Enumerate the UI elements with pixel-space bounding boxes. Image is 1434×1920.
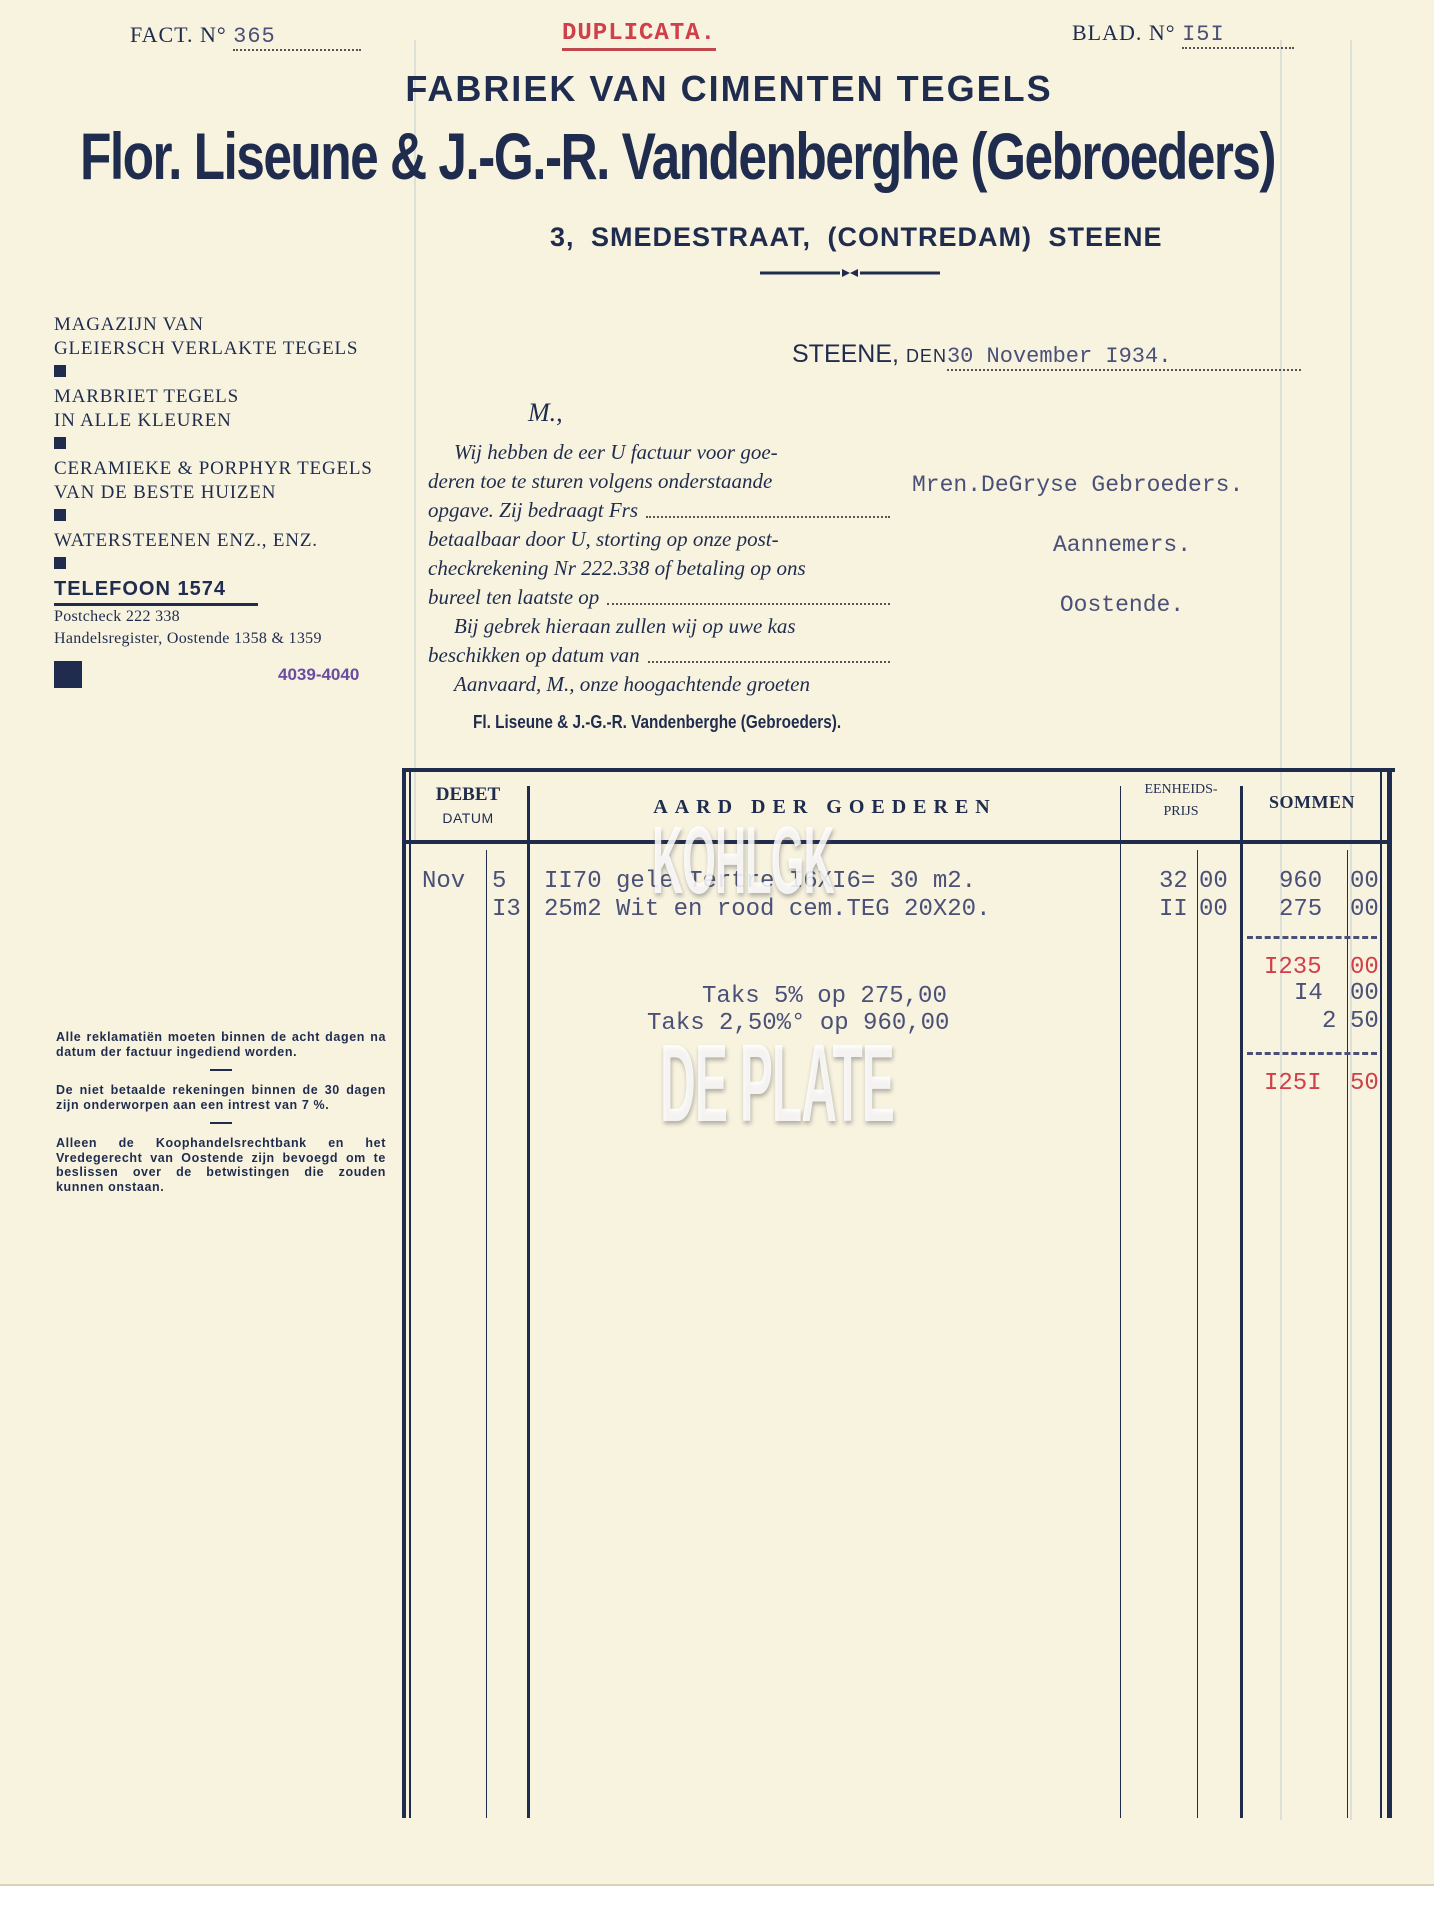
date-den: DEN (906, 346, 947, 366)
term-item: Alle reklamatiën moeten binnen de acht d… (56, 1030, 386, 1059)
total-dec: 50 (1350, 1070, 1379, 1097)
tax-int: I4 (1294, 980, 1323, 1007)
term-item: De niet betaalde rekeningen binnen de 30… (56, 1083, 386, 1112)
tax-int: 2 (1322, 1008, 1336, 1035)
col-divider-sum-dec (1347, 850, 1348, 1818)
subtotal-dash-line (1247, 936, 1377, 939)
fact-number: 365 (233, 24, 361, 51)
term-separator (210, 1069, 232, 1071)
table-top-border (402, 768, 1395, 772)
table-left-border (402, 768, 406, 1818)
blad-label: BLAD. N° (1072, 20, 1176, 45)
row-month: Nov (422, 868, 465, 895)
company-address: 3, SMEDESTRAAT, (CONTREDAM) STEENE (550, 222, 1163, 253)
watermark-bottom: DE PLATE (660, 1020, 894, 1147)
salutation: M., (528, 398, 563, 428)
row-sum-int: 275 (1279, 896, 1322, 923)
row-sum-dec: 00 (1350, 896, 1379, 923)
amount-blank (646, 496, 890, 518)
recipient-block: Mren.DeGryse Gebroeders. Aannemers. Oost… (912, 455, 1332, 635)
header-debet: DEBET (410, 784, 526, 806)
invoice-table: DEBET DATUM AARD DER GOEDEREN EENHEIDS- … (402, 768, 1395, 1818)
postcheck: Postcheck 222 338 (54, 606, 373, 628)
square-bullet-icon (54, 509, 66, 521)
tax-label: Taks 5% op 275,00 (702, 983, 947, 1010)
tax-dec: 50 (1350, 1008, 1379, 1035)
col-divider-date (527, 786, 530, 1818)
total-dash-line (1247, 1052, 1377, 1055)
row-unit-int: II (1159, 896, 1188, 923)
recipient-profession: Aannemers. (912, 515, 1332, 575)
product-list: MAGAZIJN VAN GLEIERSCH VERLAKTE TEGELS M… (54, 313, 373, 650)
product-item: MAGAZIJN VAN GLEIERSCH VERLAKTE TEGELS (54, 313, 373, 361)
row-unit-dec: 00 (1199, 868, 1228, 895)
col-divider-desc (1120, 786, 1121, 1818)
duplicate-stamp: DUPLICATA. (562, 20, 716, 51)
square-bullet-icon (54, 557, 66, 569)
watermark-top: KOHLGK (652, 806, 834, 916)
letter-body: Wij hebben de eer U factuur voor goe- de… (428, 438, 890, 699)
row-sum-dec: 00 (1350, 868, 1379, 895)
row-unit-int: 32 (1159, 868, 1188, 895)
trade-register: Handelsregister, Oostende 1358 & 1359 (54, 628, 373, 650)
subtotal-dec: 00 (1350, 954, 1379, 981)
row-day: I3 (492, 896, 521, 923)
term-item: Alleen de Koophandelsrechtbank en het Vr… (56, 1136, 386, 1194)
table-left-inner-border (409, 772, 411, 1818)
col-divider-unit-dec (1197, 850, 1198, 1818)
product-item: CERAMIEKE & PORPHYR TEGELS VAN DE BESTE … (54, 457, 373, 505)
col-divider-price (1240, 786, 1243, 1818)
blad-number: I5I (1182, 22, 1294, 49)
ornament-divider-icon (760, 268, 940, 278)
row-unit-dec: 00 (1199, 896, 1228, 923)
sheet-number: BLAD. N° I5I (1072, 20, 1294, 49)
subtotal-int: I235 (1264, 954, 1322, 981)
table-right-inner-border (1380, 772, 1382, 1818)
term-separator (210, 1122, 232, 1124)
telephone: TELEFOON 1574 (54, 577, 258, 606)
total-int: I25I (1264, 1070, 1322, 1097)
col-divider-day (486, 850, 487, 1818)
recipient-city: Oostende. (912, 575, 1332, 635)
company-name: Flor. Liseune & J.-G.-R. Vandenberghe (G… (80, 118, 1275, 194)
stamp-box-icon (54, 661, 82, 688)
company-tagline: FABRIEK VAN CIMENTEN TEGELS (0, 68, 1434, 110)
header-unit-price: EENHEIDS- PRIJS (1122, 782, 1240, 820)
square-bullet-icon (54, 437, 66, 449)
terms-block: Alle reklamatiën moeten binnen de acht d… (56, 1030, 386, 1194)
row-sum-int: 960 (1279, 868, 1322, 895)
stamp-number: 4039-4040 (278, 665, 359, 685)
invoice-paper: FACT. N° 365 DUPLICATA. BLAD. N° I5I FAB… (0, 0, 1434, 1886)
recipient-name: Mren.DeGryse Gebroeders. (912, 455, 1332, 515)
product-item: WATERSTEENEN ENZ., ENZ. (54, 529, 373, 553)
due-date-blank (607, 583, 890, 605)
row-day: 5 (492, 868, 506, 895)
square-bullet-icon (54, 365, 66, 377)
invoice-number: FACT. N° 365 (130, 22, 361, 51)
date-line: STEENE, DEN30 November I934. (792, 340, 1301, 371)
date-place: STEENE, (792, 340, 899, 368)
product-item: MARBRIET TEGELS IN ALLE KLEUREN (54, 385, 373, 433)
draw-date-blank (648, 641, 890, 663)
tax-dec: 00 (1350, 980, 1379, 1007)
invoice-date: 30 November I934. (947, 344, 1301, 371)
header-sums: SOMMEN (1244, 792, 1380, 813)
table-right-border (1387, 768, 1392, 1818)
fact-label: FACT. N° (130, 22, 227, 47)
header-datum: DATUM (410, 810, 526, 826)
signature: Fl. Liseune & J.-G.-R. Vandenberghe (Geb… (473, 712, 841, 733)
